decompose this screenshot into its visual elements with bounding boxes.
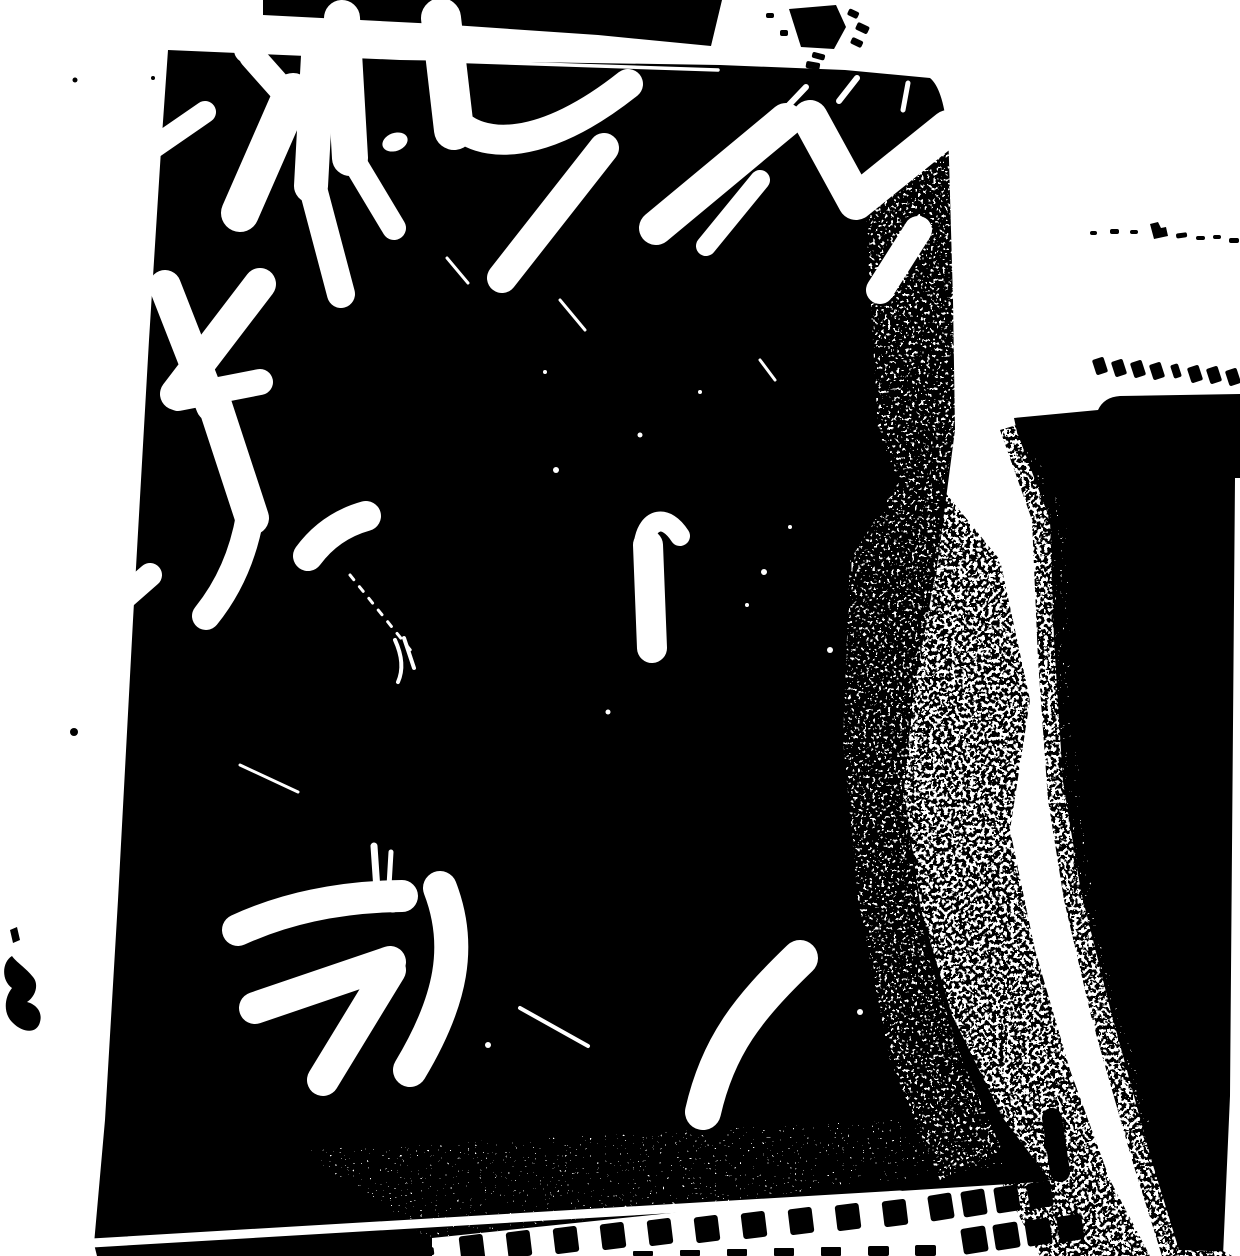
larva xyxy=(648,545,652,648)
fleck xyxy=(788,525,792,529)
strip-hole-sliver xyxy=(774,1248,794,1256)
strip-hole xyxy=(741,1211,768,1240)
strip-hole-sliver xyxy=(727,1249,747,1256)
small-dash xyxy=(1090,231,1097,235)
binarized-photo: Binarized black-and-white photograph xyxy=(0,0,1240,1256)
strip-hole xyxy=(835,1203,862,1232)
strip-hole xyxy=(993,1184,1021,1213)
strip-hole xyxy=(927,1192,955,1221)
strip-hole xyxy=(960,1225,989,1255)
strip-hole-sliver xyxy=(821,1247,841,1256)
strip-hole xyxy=(960,1188,988,1217)
fleck xyxy=(827,647,833,653)
strip-hole-sliver xyxy=(868,1246,889,1256)
fleck xyxy=(543,370,547,374)
strip-hole xyxy=(459,1234,486,1256)
fleck xyxy=(761,569,767,575)
larva xyxy=(311,56,318,186)
strip-hole xyxy=(600,1222,627,1251)
strip-hole xyxy=(647,1218,674,1247)
fleck xyxy=(698,390,702,394)
strip-hole xyxy=(788,1207,815,1236)
strip-hole xyxy=(506,1230,533,1256)
margin-dot xyxy=(151,76,155,80)
fleck xyxy=(606,710,611,715)
larva xyxy=(342,18,350,158)
strip-hole xyxy=(882,1199,909,1228)
small-dash xyxy=(1196,236,1205,240)
small-dash xyxy=(1229,238,1239,243)
small-dash xyxy=(1110,229,1119,234)
strip-hole xyxy=(694,1215,721,1244)
band-blob xyxy=(1052,1118,1060,1172)
strip-hole xyxy=(553,1226,580,1255)
strip-hole xyxy=(1056,1213,1085,1243)
tab-hole xyxy=(780,30,788,36)
fleck xyxy=(485,1042,491,1048)
fleck xyxy=(857,1009,863,1015)
margin-dot xyxy=(73,78,78,83)
strip-hole xyxy=(992,1221,1021,1251)
strip-hole-sliver xyxy=(633,1251,653,1256)
strip-hole-sliver xyxy=(915,1245,936,1256)
margin-dot xyxy=(70,728,78,736)
strip-hole xyxy=(1026,1180,1054,1209)
larva-head xyxy=(234,37,260,63)
tab-hole xyxy=(766,13,774,18)
small-dash xyxy=(1130,230,1138,234)
larva-streak xyxy=(374,846,377,890)
screenshot-root: Binarized black-and-white photograph xyxy=(0,0,1240,1256)
fleck xyxy=(745,603,749,607)
small-dash xyxy=(1213,235,1221,239)
fleck xyxy=(638,433,643,438)
strip-hole xyxy=(1024,1217,1053,1247)
strip-hole-sliver xyxy=(680,1250,700,1256)
larva-streak xyxy=(389,852,391,886)
fleck xyxy=(553,467,559,473)
